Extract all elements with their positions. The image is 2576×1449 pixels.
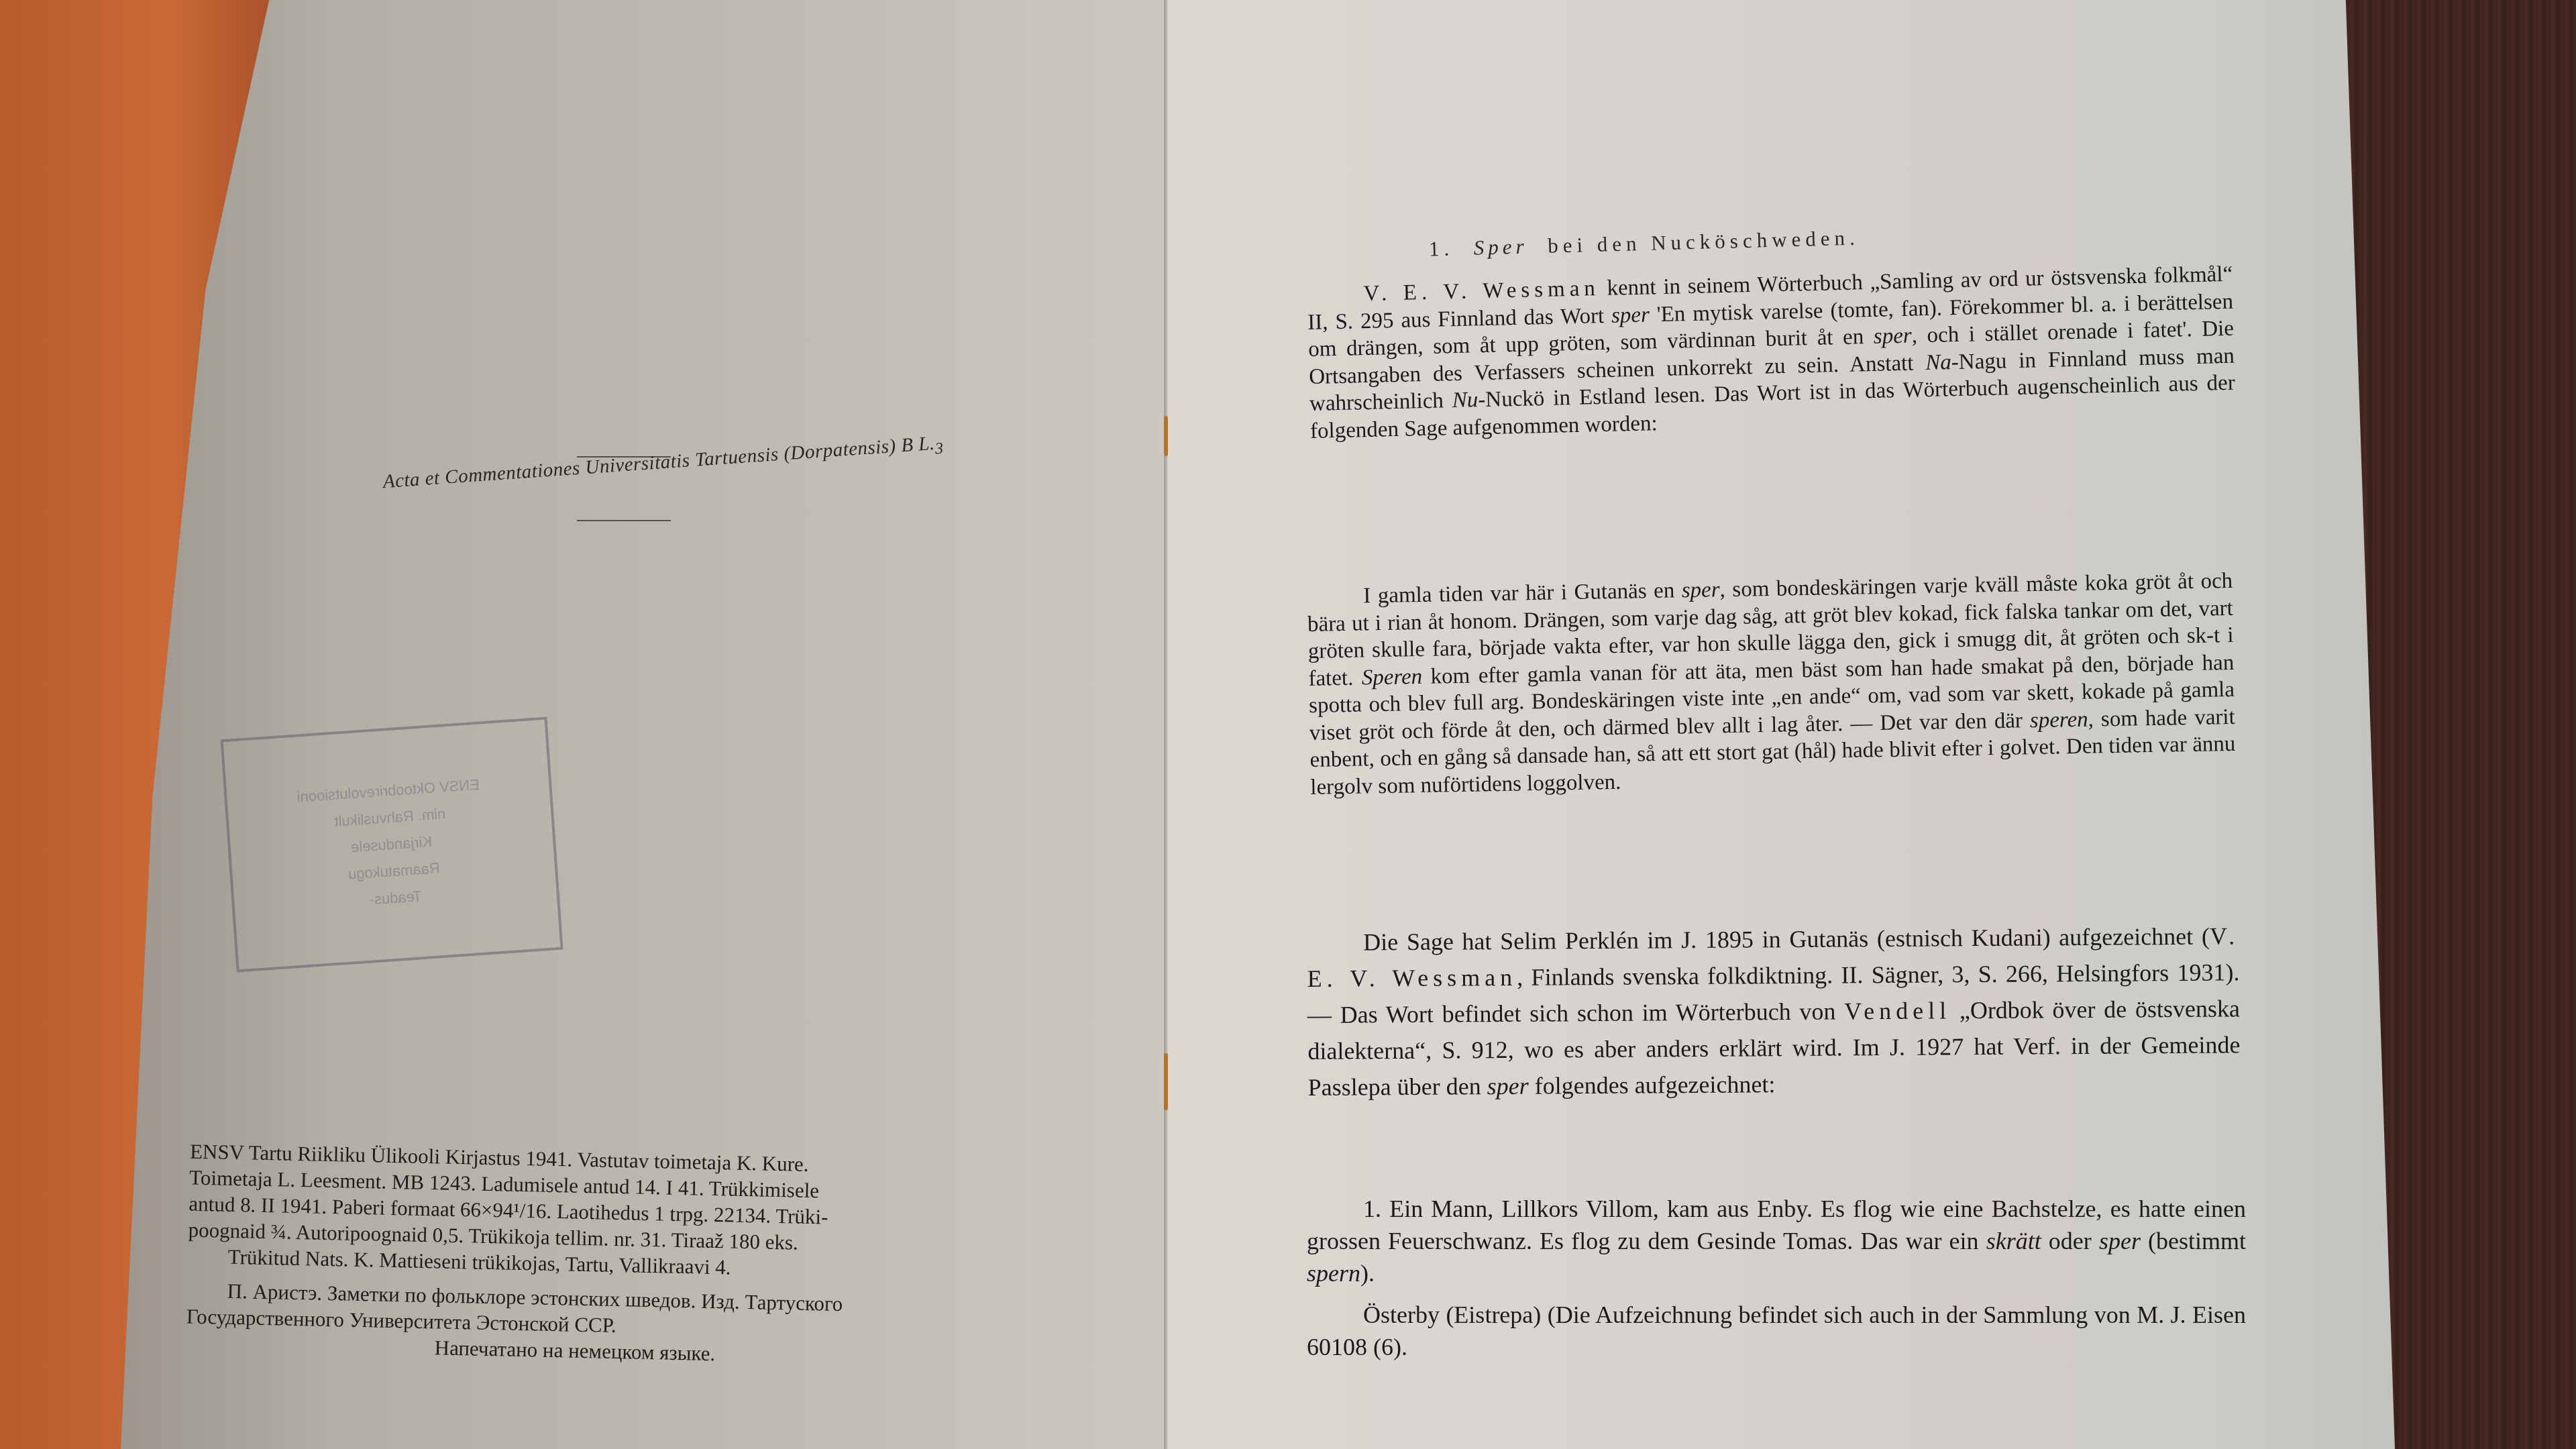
- paragraph-sources: Die Sage hat Selim Perklén im J. 1895 in…: [1307, 918, 2241, 1106]
- record-source-note: Österby (Eistrepa) (Die Aufzeichnung bef…: [1307, 1299, 2246, 1363]
- book-gutter: [1164, 0, 1169, 1449]
- staple-bottom: [1164, 1053, 1168, 1110]
- numbered-record: 1. Ein Mann, Lillkors Villom, kam aus En…: [1307, 1193, 2246, 1363]
- record-item-1: 1. Ein Mann, Lillkors Villom, kam aus En…: [1307, 1193, 2246, 1289]
- rule-below-series: [577, 520, 671, 521]
- library-stamp: ENSV Oktoobrirevolutsiooni nim. Rahvusli…: [220, 716, 563, 972]
- staple-top: [1164, 416, 1168, 456]
- imprint-block: ENSV Tartu Riikliku Ülikooli Kirjastus 1…: [186, 1138, 1049, 1374]
- swedish-quote: I gamla tiden var här i Gutanäs en sper,…: [1307, 568, 2236, 801]
- paragraph-intro: V. E. V. Wessman kennt in seinem Wörterb…: [1307, 261, 2236, 445]
